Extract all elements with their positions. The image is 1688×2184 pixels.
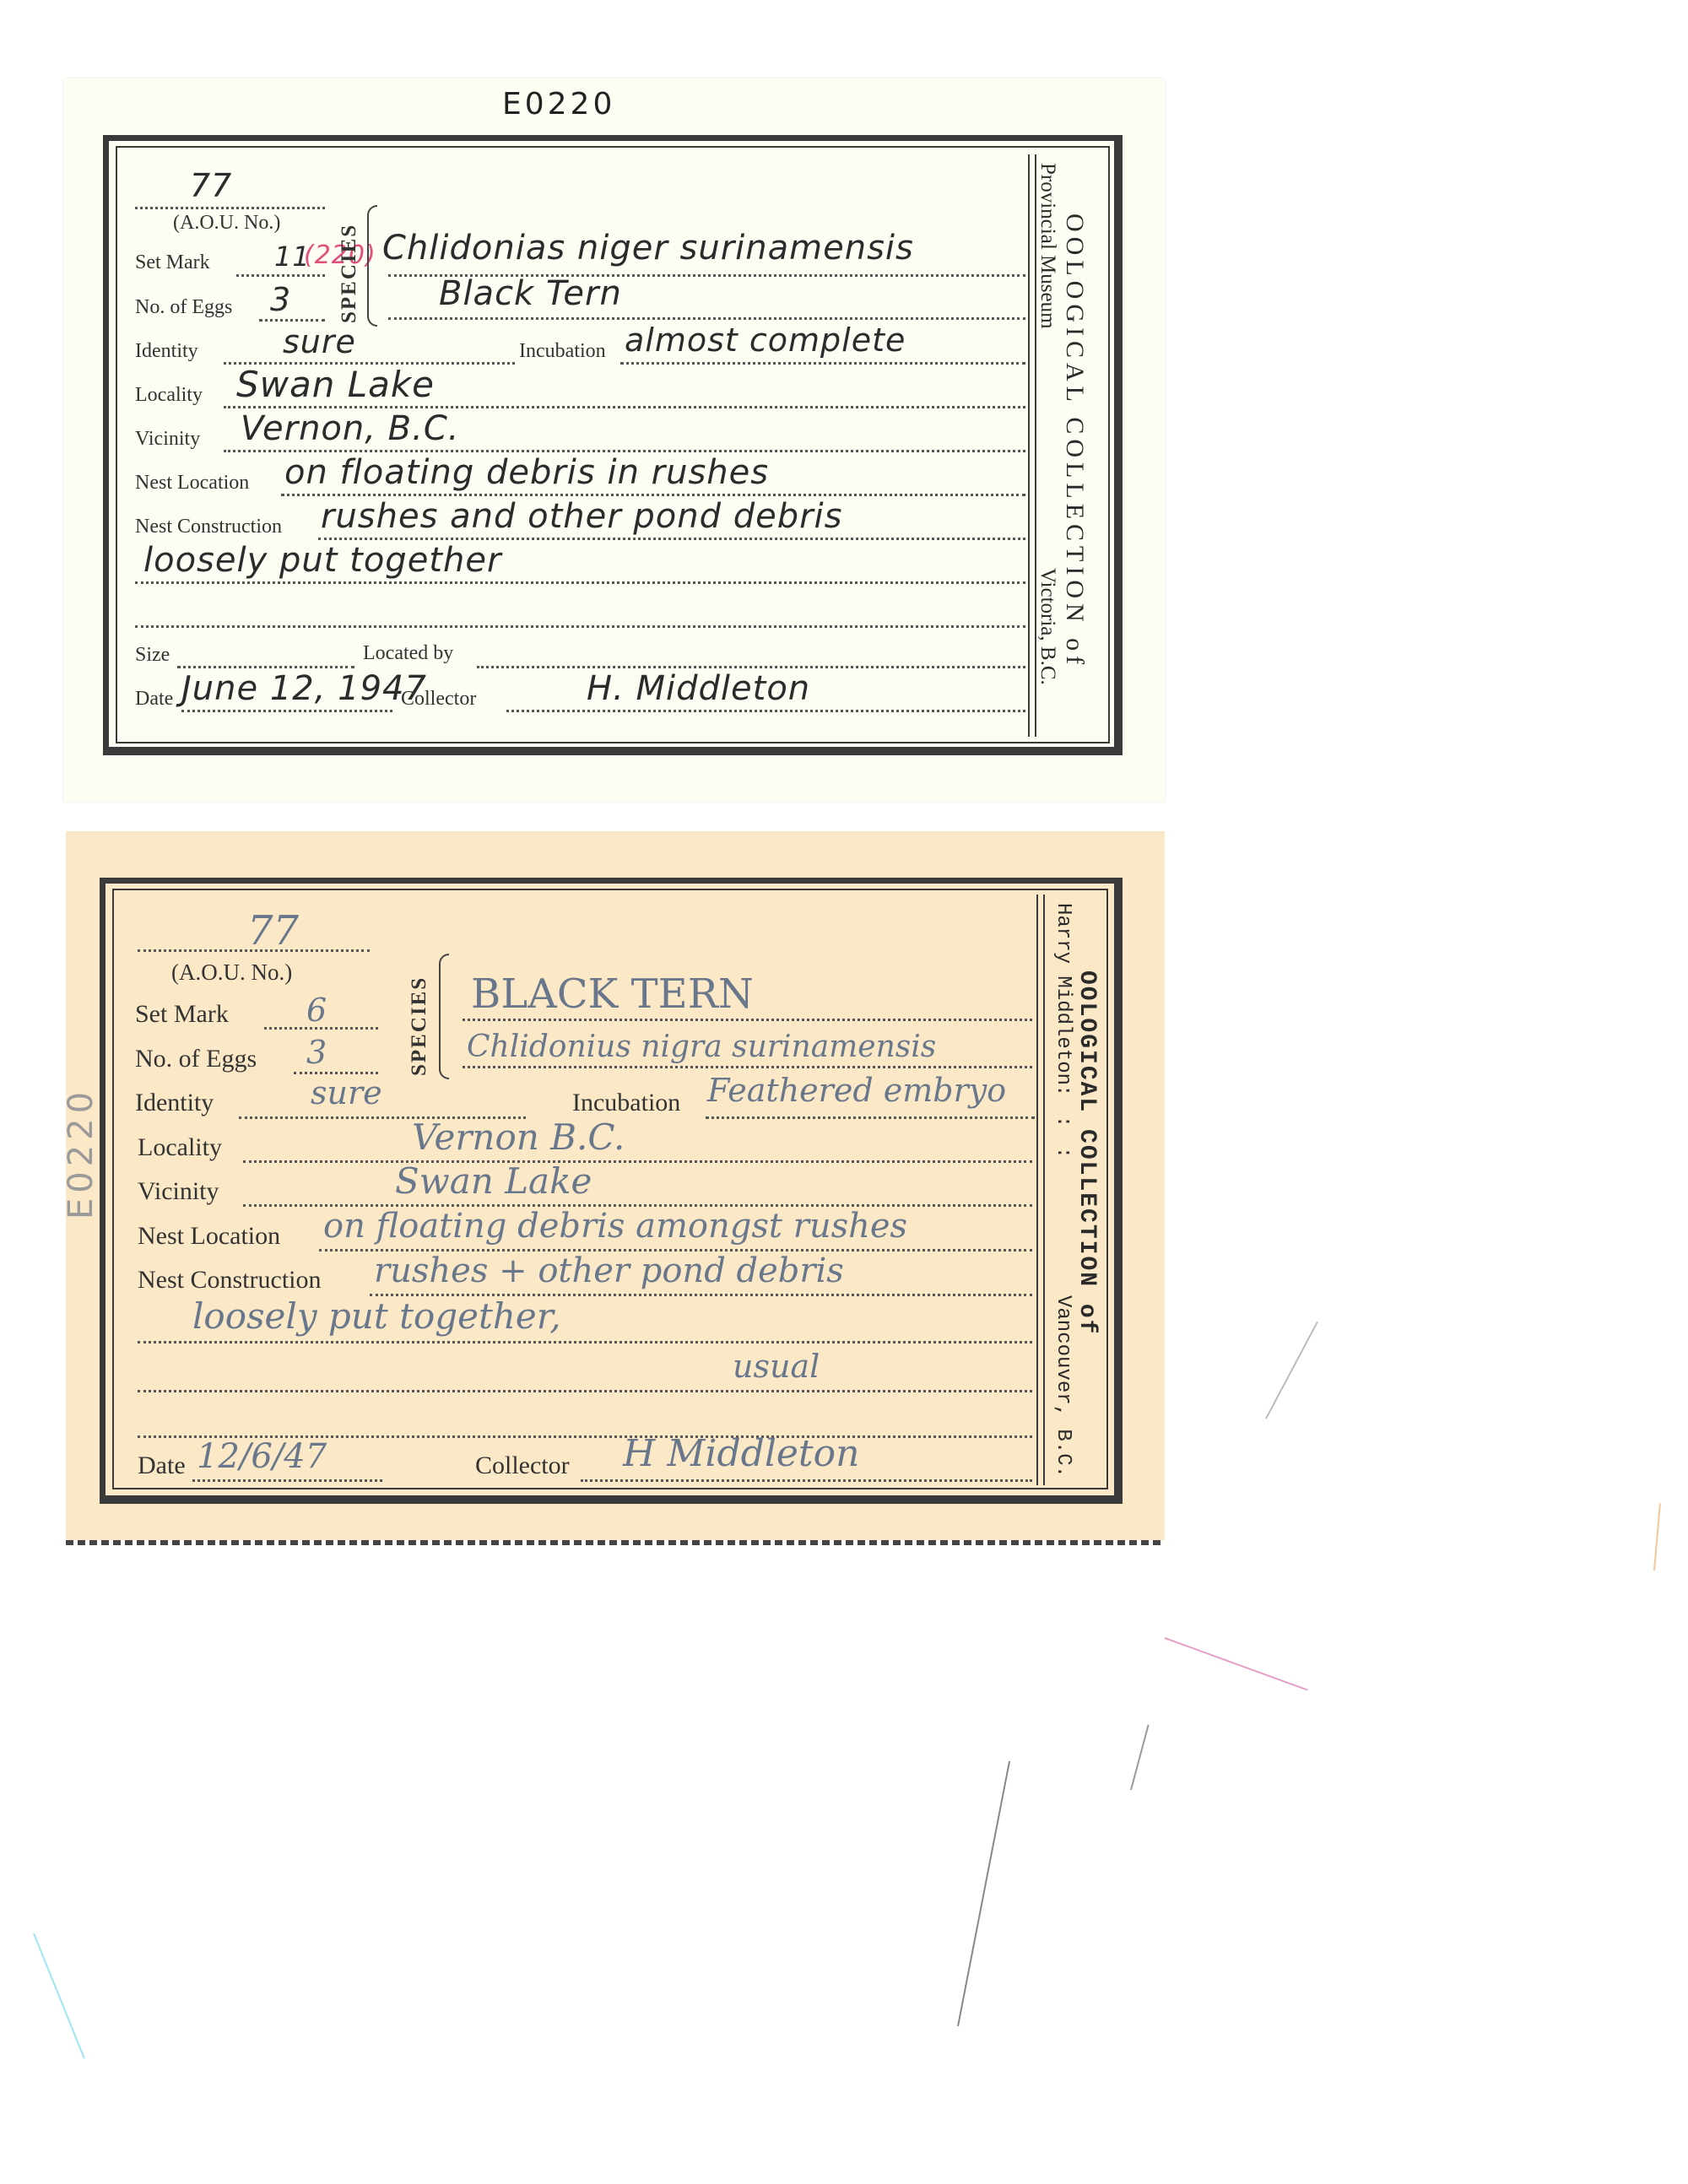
collector-line <box>506 710 1025 712</box>
collector-line <box>581 1479 1032 1482</box>
extra-note: usual <box>733 1348 820 1385</box>
date-label: Date <box>138 1451 186 1480</box>
nest-construction-line-2 <box>135 581 1025 584</box>
identity-label: Identity <box>135 1089 214 1117</box>
institution-sub-right: Victoria, B.C. <box>1036 568 1059 685</box>
size-label: Size <box>135 644 170 667</box>
institution-sub-separator: : : : <box>1052 1084 1074 1162</box>
eggs-value: 3 <box>270 281 291 318</box>
nest-construction-label: Nest Construction <box>135 516 282 538</box>
aou-line <box>135 207 325 209</box>
nest-location-value: on floating debris amongst rushes <box>323 1207 907 1246</box>
nest-construction-line <box>318 538 1025 540</box>
date-line <box>181 710 392 712</box>
identity-value: sure <box>283 323 356 360</box>
institution-sub-right: Vancouver, B.C. <box>1052 1295 1074 1478</box>
vicinity-line <box>224 450 1025 452</box>
eggs-label: No. of Eggs <box>135 296 232 319</box>
specimen-card-harry-middleton: E0220 OOLOGICAL COLLECTION of Harry Midd… <box>66 831 1165 1540</box>
nest-construction-line-2 <box>138 1341 1032 1343</box>
set-mark-label: Set Mark <box>135 251 210 274</box>
species-common-name: BLACK TERN <box>471 970 754 1018</box>
vicinity-label: Vicinity <box>135 428 200 451</box>
size-line <box>177 666 354 668</box>
scan-scratch <box>33 1933 85 2059</box>
margin-catalogue-number: E0220 <box>62 1087 100 1219</box>
aou-value: 77 <box>247 907 299 954</box>
nest-location-label: Nest Location <box>135 472 249 495</box>
date-line <box>192 1479 382 1482</box>
institution-sub-left: Provincial Museum <box>1036 163 1059 329</box>
eggs-value: 3 <box>306 1034 327 1071</box>
date-label: Date <box>135 688 173 711</box>
nest-location-value: on floating debris in rushes <box>284 453 769 492</box>
blank-line <box>135 625 1025 628</box>
species-brace <box>367 205 377 327</box>
species-scientific-name: Chlidonius nigra surinamensis <box>467 1030 936 1064</box>
nest-construction-cont: loosely put together <box>143 541 501 580</box>
eggs-label: No. of Eggs <box>135 1045 257 1073</box>
set-mark-value: 6 <box>306 992 327 1029</box>
locality-label: Locality <box>138 1133 222 1162</box>
specimen-card-provincial-museum: E0220 OOLOGICAL COLLECTION of Provincial… <box>63 78 1165 802</box>
incubation-value: Feathered embryo <box>707 1072 1006 1109</box>
set-mark-label: Set Mark <box>135 1000 229 1029</box>
divider-line <box>1036 895 1045 1485</box>
species-common-name: Black Tern <box>439 274 622 313</box>
nest-construction-value: rushes and other pond debris <box>321 497 843 536</box>
aou-label: (A.O.U. No.) <box>173 212 280 235</box>
date-value: 12/6/47 <box>197 1437 327 1476</box>
identity-label: Identity <box>135 340 198 363</box>
species-line-2 <box>463 1066 1032 1068</box>
collector-label: Collector <box>475 1451 570 1480</box>
incubation-value: almost complete <box>625 322 906 359</box>
locality-value: Vernon B.C. <box>412 1116 625 1158</box>
institution-title: OOLOGICAL COLLECTION of <box>1074 970 1100 1335</box>
scan-scratch <box>1130 1724 1150 1790</box>
species-line-2 <box>388 317 1025 320</box>
scan-scratch <box>1165 1637 1308 1690</box>
vicinity-value: Swan Lake <box>395 1160 592 1202</box>
extra-line-1 <box>138 1390 1032 1392</box>
collector-value: H Middleton <box>623 1432 859 1475</box>
species-line-1 <box>463 1019 1032 1021</box>
located-by-label: Located by <box>363 642 453 665</box>
scan-scratch <box>1653 1503 1661 1570</box>
identity-value: sure <box>311 1074 382 1111</box>
nest-construction-cont: loosely put together, <box>192 1295 561 1337</box>
incubation-label: Incubation <box>572 1089 680 1117</box>
species-label: SPECIES <box>408 976 431 1076</box>
nest-location-label: Nest Location <box>138 1222 280 1251</box>
collector-value: H. Middleton <box>587 669 810 708</box>
species-label: SPECIES <box>338 224 361 323</box>
set-mark-line <box>236 274 325 277</box>
incubation-line <box>620 362 1025 365</box>
institution-title: OOLOGICAL COLLECTION of <box>1060 214 1089 669</box>
institution-sub-left: Harry Middleton <box>1052 903 1074 1085</box>
incubation-label: Incubation <box>519 340 606 363</box>
vicinity-label: Vicinity <box>138 1177 219 1206</box>
collector-label: Collector <box>401 688 476 711</box>
scan-scratch <box>957 1761 1010 2027</box>
date-value: June 12, 1947 <box>181 669 427 708</box>
located-by-line <box>477 666 1025 668</box>
aou-value: 77 <box>190 167 232 204</box>
scan-scratch <box>1265 1322 1318 1419</box>
incubation-line <box>706 1116 1035 1119</box>
locality-label: Locality <box>135 384 203 407</box>
locality-value: Swan Lake <box>236 364 435 405</box>
eggs-line <box>259 319 325 322</box>
locality-line <box>224 406 1025 408</box>
perforated-edge <box>66 1540 1165 1545</box>
nest-location-line <box>281 494 1025 496</box>
species-scientific-name: Chlidonias niger surinamensis <box>382 229 914 268</box>
species-brace <box>439 954 449 1079</box>
catalogue-number: E0220 <box>502 87 615 122</box>
locality-line <box>243 1160 1032 1163</box>
nest-construction-label: Nest Construction <box>138 1266 322 1295</box>
aou-label: (A.O.U. No.) <box>171 960 292 986</box>
vicinity-value: Vernon, B.C. <box>241 409 459 448</box>
nest-construction-value: rushes + other pond debris <box>374 1251 844 1290</box>
